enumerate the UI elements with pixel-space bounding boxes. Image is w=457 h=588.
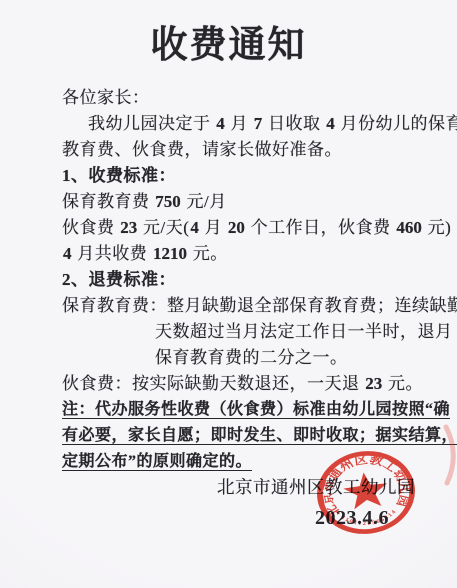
line-text: 元/月	[182, 192, 227, 211]
line-text: 教育费、伙食费，请家长做好准备。	[62, 140, 342, 159]
line-number-text: 4	[325, 114, 336, 133]
document-line: 天数超过当月法定工作日一半时，退月	[0, 319, 457, 345]
line-text: 月	[200, 218, 227, 237]
document-line: 保育教育费 750 元/月	[0, 189, 457, 215]
line-text: 元/天(	[138, 218, 189, 237]
line-text: 月	[226, 114, 253, 133]
document-lines: 各位家长：我幼儿园决定于 4 月 7 日收取 4 月份幼儿的保育教育费、伙食费，…	[0, 85, 457, 475]
document-line: 教育费、伙食费，请家长做好准备。	[0, 137, 457, 163]
document-line: 伙食费：按实际缺勤天数退还，一天退 23 元。	[0, 371, 457, 397]
line-text: 日收取	[263, 114, 325, 133]
line-text: 伙食费	[62, 218, 119, 237]
document-line: 1、收费标准：	[0, 163, 457, 189]
line-text: 月共收费	[73, 244, 153, 263]
line-text: 伙食费：按实际缺勤天数退还，一天退	[62, 374, 364, 393]
line-number-text: 23	[119, 218, 138, 237]
page-title: 收费通知	[0, 0, 457, 72]
document-line: 2、退费标准：	[0, 267, 457, 293]
line-text: 各位家长：	[62, 88, 150, 107]
line-text: 定期公布”的原则确定的。	[62, 453, 252, 470]
line-text: 保育教育费	[62, 192, 154, 211]
stamp-ink-smudge	[432, 424, 457, 486]
line-number-text: 1210	[152, 244, 188, 263]
document-line: 伙食费 23 元/天(4 月 20 个工作日，伙食费 460 元)	[0, 215, 457, 241]
document-line: 各位家长：	[0, 85, 457, 111]
smudge-stroke	[446, 427, 453, 483]
document-line: 4 月共收费 1210 元。	[0, 241, 457, 267]
line-text: 元。	[188, 244, 228, 263]
line-text: 元)	[423, 218, 451, 237]
line-text: 我幼儿园决定于	[88, 114, 215, 133]
document-line: 保育教育费的二分之一。	[0, 345, 457, 371]
line-number-text: 20	[227, 218, 246, 237]
line-text: 保育教育费：整月缺勤退全部保育教育费；连续缺勤	[62, 296, 457, 315]
document-line: 保育教育费：整月缺勤退全部保育教育费；连续缺勤	[0, 293, 457, 319]
fee-notice-document: 收费通知 各位家长：我幼儿园决定于 4 月 7 日收取 4 月份幼儿的保育教育费…	[0, 0, 457, 588]
line-text: 注：代办服务性收费（伙食费）标准由幼儿园按照“确	[62, 401, 450, 418]
line-number-text: 4	[189, 218, 200, 237]
line-number-text: 23	[364, 374, 383, 393]
line-number-text: 460	[395, 218, 423, 237]
line-text: 天数超过当月法定工作日一半时，退月	[155, 322, 453, 341]
line-number-text: 7	[253, 114, 264, 133]
document-line: 我幼儿园决定于 4 月 7 日收取 4 月份幼儿的保育	[0, 111, 457, 137]
official-seal-stamp: 北京市通州区教工幼儿园 1101120566314	[300, 435, 431, 550]
line-number-text: 750	[154, 192, 182, 211]
line-text: 保育教育费的二分之一。	[155, 348, 348, 367]
line-text: 月份幼儿的保育	[336, 114, 457, 133]
line-text: 元。	[383, 374, 423, 393]
line-number-text: 4	[62, 244, 73, 263]
star-icon	[342, 470, 390, 511]
line-number-text: 4	[215, 114, 226, 133]
line-text: 1、收费标准：	[62, 166, 176, 185]
line-text: 2、退费标准：	[62, 270, 176, 289]
document-line: 注：代办服务性收费（伙食费）标准由幼儿园按照“确	[0, 397, 457, 423]
line-text: 个工作日，伙食费	[246, 218, 396, 237]
